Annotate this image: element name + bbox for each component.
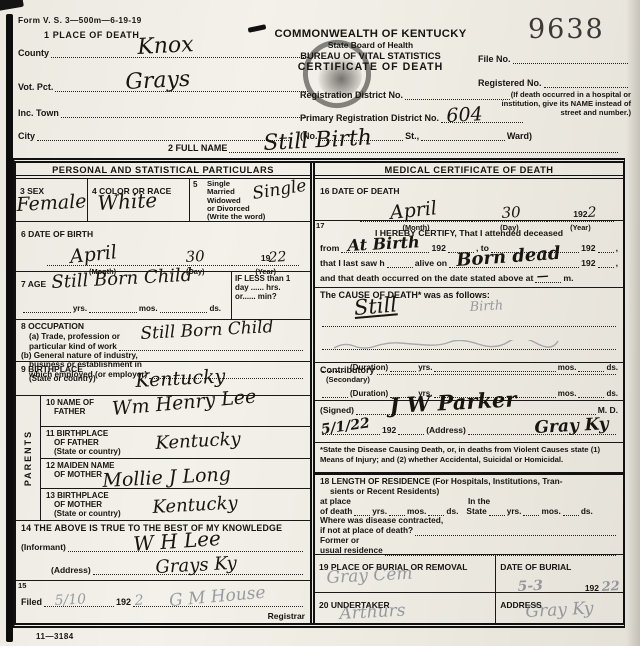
- ds-label: ds.: [581, 507, 593, 517]
- dotted-rule: [513, 54, 628, 64]
- dod-day-handwritten: 30: [501, 205, 521, 221]
- occupation-label: 8 OCCUPATION: [21, 321, 84, 331]
- informant-label: (Informant): [21, 542, 66, 552]
- place-of-death-title: 1 PLACE OF DEATH: [44, 30, 139, 40]
- sex-value-handwritten: Female: [16, 192, 87, 215]
- medical-column: MEDICAL CERTIFICATE OF DEATH 16 DATE OF …: [315, 163, 623, 623]
- year-192: 192: [581, 243, 596, 253]
- if-less-box: IF LESS than 1 day ...... hrs. or...... …: [231, 272, 310, 319]
- cause-footnote: *State the Disease Causing Death, or, in…: [320, 445, 600, 464]
- father-birthplace-handwritten: Kentucky: [155, 430, 241, 452]
- dod-year-prefix: 192: [573, 209, 587, 219]
- signed-date-handwritten: 5/1/22: [320, 416, 371, 437]
- personal-section-title: PERSONAL AND STATISTICAL PARTICULARS: [16, 163, 310, 179]
- county-value-handwritten: Knox: [137, 34, 194, 59]
- physician-address-handwritten: Gray Ky: [534, 416, 609, 437]
- dob-year-line: 19 22: [232, 248, 299, 266]
- street-st-label: St.,: [405, 131, 419, 141]
- ds-label: ds.: [606, 389, 618, 398]
- date-of-birth-label: 6 DATE OF BIRTH: [21, 229, 93, 239]
- occurred-m-label: m.: [563, 273, 573, 283]
- dotted-rule: —: [535, 273, 561, 283]
- secondary-label: (Secondary): [326, 375, 618, 384]
- cause-value-pencil: Birth: [469, 299, 503, 314]
- alive-on-label: alive on: [415, 258, 447, 268]
- scan-artifact-corner-blob: [0, 0, 24, 11]
- state-label: State: [466, 507, 486, 517]
- parents-vertical-cell: PARENTS: [16, 396, 41, 520]
- registrar-signature-pencil: G M House: [169, 585, 267, 610]
- mos-label: mos.: [541, 507, 560, 517]
- dotted-rule: [322, 388, 348, 398]
- mother-name-cell: 12 MAIDEN NAME OF MOTHER Mollie J Long: [41, 459, 310, 490]
- dotted-rule: [578, 388, 604, 398]
- undertaker-row: 20 UNDERTAKER Arthurs ADDRESS Gray Ky: [315, 593, 623, 623]
- birthplace-cell: 9 BIRTHPLACE (State or country) Kentucky: [16, 362, 310, 396]
- age-label: 7 AGE: [21, 279, 46, 289]
- dotted-rule: [421, 131, 505, 141]
- cause-of-death-cell: The CAUSE OF DEATH* was as follows: Stil…: [315, 288, 623, 363]
- last-saw-value-handwritten: Born dead: [456, 245, 561, 270]
- file-no-label: File No.: [478, 54, 511, 64]
- mother-birthplace-handwritten: Kentucky: [152, 495, 238, 517]
- vol-pct-label: Vot. Pct.: [18, 82, 53, 92]
- dotted-rule: [23, 303, 71, 313]
- full-name-value-handwritten: Still Birth: [263, 127, 373, 155]
- masthead-bureau: BUREAU OF VITAL STATISTICS: [253, 50, 488, 61]
- at-place-label: at place: [320, 497, 468, 507]
- dotted-rule: 5/10: [44, 597, 114, 607]
- dotted-rule: [61, 108, 308, 118]
- year-192: 192: [585, 583, 599, 593]
- marital-cell: 5 Single Married Widowed or Divorced (Wr…: [190, 179, 310, 221]
- year-192: 192: [581, 258, 596, 268]
- race-value-handwritten: White: [97, 190, 158, 213]
- dotted-rule: 22: [601, 583, 617, 593]
- full-name-row: 2 FULL NAME Still Birth: [168, 143, 620, 153]
- city-label: City: [18, 131, 35, 141]
- burial-date-label: DATE OF BURIAL: [500, 562, 571, 572]
- dotted-rule: Grays: [55, 82, 308, 92]
- dotted-rule: [523, 506, 539, 516]
- residence-cell: 18 LENGTH OF RESIDENCE (For Hospitals, I…: [315, 475, 623, 555]
- dotted-rule: [37, 131, 291, 141]
- undertaker-cell: 20 UNDERTAKER Arthurs: [315, 593, 496, 623]
- registrar-label: Registrar: [21, 611, 305, 621]
- dotted-rule: [428, 506, 444, 516]
- dob-month-handwritten: April: [69, 243, 118, 267]
- father-birthplace-cell: 11 BIRTHPLACE OF FATHER (State or countr…: [41, 427, 310, 459]
- signed-cell: (Signed) J W Parker M. D. 5/1/22 192 (Ad…: [315, 401, 623, 443]
- death-certificate-document: Form V. S. 3—500m—6-19-19 1 PLACE OF DEA…: [0, 0, 640, 646]
- dotted-rule: [389, 506, 405, 516]
- undertaker-name-pencil: Arthurs: [339, 603, 406, 623]
- burial-year-pencil: 22: [601, 580, 620, 594]
- birthplace-value-handwritten: Kentucky: [135, 367, 226, 391]
- dotted-rule: Still Birth: [229, 143, 618, 153]
- dod-year-line: 192 2: [547, 204, 614, 222]
- main-table: PERSONAL AND STATISTICAL PARTICULARS 3 S…: [13, 158, 625, 628]
- if-less-line3: or...... min?: [235, 293, 307, 302]
- file-no-row: File No.: [478, 54, 630, 64]
- in-the-label: In the: [468, 497, 490, 507]
- certify-from-label: from: [320, 243, 339, 253]
- age-value-handwritten: Still Born Child: [51, 267, 193, 292]
- dotted-rule: 5/1/22: [322, 425, 380, 435]
- certificate-serial: 9638: [528, 14, 605, 45]
- primary-registration-label: Primary Registration District No.: [300, 113, 439, 123]
- physician-signature-handwritten: J W Parker: [388, 388, 516, 416]
- burial-date-cell: DATE OF BURIAL 5-3 192 22: [496, 555, 623, 592]
- full-name-label: 2 FULL NAME: [168, 143, 227, 153]
- dotted-rule: [160, 303, 208, 313]
- filed-label: Filed: [21, 597, 42, 607]
- year-192: 192: [382, 425, 396, 435]
- registered-no-label: Registered No.: [478, 78, 542, 88]
- dotted-rule: [354, 506, 370, 516]
- dod-month-handwritten: April: [389, 199, 438, 223]
- mother-name-handwritten: Mollie J Long: [102, 465, 231, 491]
- scan-artifact-left-margin-bar: [6, 14, 13, 642]
- hospital-note: (If death occurred in a hospital or inst…: [489, 91, 631, 118]
- dob-day-handwritten: 30: [186, 249, 206, 265]
- street-ward-label: Ward): [507, 131, 532, 141]
- dotted-rule: Grays Ky: [93, 565, 303, 575]
- ds-label: ds.: [446, 507, 458, 517]
- dotted-rule: [598, 243, 614, 253]
- form-number: Form V. S. 3—500m—6-19-19: [18, 15, 142, 25]
- dod-day-line: 30: [472, 204, 547, 222]
- primary-registration-value-handwritten: 604: [446, 105, 483, 126]
- age-cell: 7 AGE Still Born Child yrs. mos. ds. IF …: [16, 272, 310, 320]
- dod-year-handwritten: 2: [588, 206, 598, 220]
- footnote-cell: *State the Disease Causing Death, or, in…: [315, 443, 623, 475]
- occupation-b-line1: (b) General nature of industry,: [21, 351, 305, 360]
- dotted-rule: [322, 340, 616, 350]
- burial-row: 19 PLACE OF BURIAL OR REMOVAL Gray Cem D…: [315, 555, 623, 593]
- last-saw-label: that I last saw h: [320, 258, 385, 268]
- father-name-cell: 10 NAME OF FATHER Wm Henry Lee: [41, 396, 310, 427]
- certify-number: 17: [316, 221, 324, 230]
- mos-label: mos.: [558, 389, 577, 398]
- age-ds-label: ds.: [209, 304, 221, 313]
- dotted-rule: W H Lee: [68, 542, 303, 552]
- filed-year-prefix: 192: [116, 597, 131, 607]
- filed-date-pencil: 5/10: [54, 592, 86, 608]
- sex-race-marital-row: 3 SEX Female 4 COLOR OR RACE White 5 Sin…: [16, 179, 310, 222]
- masthead: COMMONWEALTH OF KENTUCKY State Board of …: [253, 28, 488, 73]
- physician-address-label: (Address): [426, 425, 466, 435]
- attended-from-handwritten: At Birth: [348, 234, 421, 254]
- burial-place-cell: 19 PLACE OF BURIAL OR REMOVAL Gray Cem: [315, 555, 496, 592]
- occupation-a-line2: particular kind of work: [29, 342, 117, 351]
- dob-year-handwritten: 22: [268, 250, 287, 265]
- yrs-label: yrs.: [507, 507, 522, 517]
- date-of-birth-cell: 6 DATE OF BIRTH April 30 19 22 (Month): [16, 222, 310, 272]
- filed-year-pencil: 2: [134, 594, 144, 608]
- dotted-rule: [489, 506, 505, 516]
- dob-day-line: 30: [158, 248, 232, 266]
- comma: ,: [616, 243, 618, 253]
- medical-section-title: MEDICAL CERTIFICATE OF DEATH: [315, 163, 623, 179]
- occupation-cell: 8 OCCUPATION (a) Trade, profession or pa…: [16, 320, 310, 362]
- dod-month-line: April: [360, 204, 472, 222]
- masthead-board: State Board of Health: [253, 40, 488, 50]
- certify-cell: 17 I HEREBY CERTIFY, That I attended dec…: [315, 221, 623, 288]
- cause-value-handwritten: Still: [353, 294, 398, 319]
- contributory-label: Contributory: [320, 365, 375, 375]
- pencil-scribble-mark: [332, 340, 562, 352]
- dotted-rule: [377, 365, 617, 375]
- dotted-rule: Gray Ky: [468, 425, 616, 435]
- year-192: 192: [431, 243, 446, 253]
- undertaker-address-pencil: Gray Ky: [525, 600, 594, 621]
- dotted-rule: At Birth: [341, 243, 429, 253]
- dob-month-line: April: [47, 248, 158, 266]
- dotted-rule: [387, 258, 413, 268]
- informant-cell: 14 THE ABOVE IS TRUE TO THE BEST OF MY K…: [16, 521, 310, 581]
- informant-address-label: (Address): [51, 565, 91, 575]
- city-row: City: [18, 131, 293, 141]
- occurred-label: and that death occurred on the date stat…: [320, 273, 533, 283]
- inc-town-label: Inc. Town: [18, 108, 59, 118]
- parents-block: PARENTS 10 NAME OF FATHER Wm Henry Lee 1…: [16, 396, 310, 521]
- dotted-rule: Born dead: [449, 258, 579, 268]
- vol-pct-row: Vot. Pct. Grays: [18, 82, 310, 92]
- dotted-rule: 2 G M House: [133, 597, 303, 607]
- dotted-rule: [598, 258, 614, 268]
- dotted-rule: 5-3: [502, 583, 583, 593]
- masthead-commonwealth: COMMONWEALTH OF KENTUCKY: [253, 28, 488, 40]
- burial-place-pencil: Gray Cem: [326, 566, 413, 587]
- comma: ,: [616, 258, 618, 268]
- informant-address-handwritten: Grays Ky: [155, 555, 237, 577]
- inc-town-row: Inc. Town: [18, 108, 310, 118]
- age-mos-label: mos.: [139, 304, 158, 313]
- sex-cell: 3 SEX Female: [16, 179, 88, 221]
- date-of-death-cell: 16 DATE OF DEATH April 30 192 2 (Month): [315, 179, 623, 221]
- dotted-rule: [89, 303, 137, 313]
- dotted-rule: [398, 425, 424, 435]
- date-of-death-label: 16 DATE OF DEATH: [320, 186, 400, 196]
- registered-no-row: Registered No.: [478, 78, 630, 88]
- undertaker-address-cell: ADDRESS Gray Ky: [496, 593, 623, 623]
- dotted-rule: [415, 526, 616, 536]
- filed-number: 15: [18, 581, 26, 590]
- personal-column: PERSONAL AND STATISTICAL PARTICULARS 3 S…: [16, 163, 315, 623]
- dotted-rule: [544, 78, 628, 88]
- dotted-rule: [563, 506, 579, 516]
- vol-pct-value-handwritten: Grays: [125, 69, 191, 94]
- dotted-rule: J W Parker: [356, 405, 596, 415]
- age-yrs-label: yrs.: [73, 304, 87, 313]
- county-label: County: [18, 48, 49, 58]
- mother-birthplace-cell: 13 BIRTHPLACE OF MOTHER (State or countr…: [41, 489, 310, 520]
- filed-cell: 15 Filed 5/10 192 2 G M House Registrar: [16, 581, 310, 623]
- duration-label: (Duration): [350, 389, 388, 398]
- marital-hint: (Write the word): [207, 213, 306, 221]
- race-cell: 4 COLOR OR RACE White: [88, 179, 190, 221]
- burial-date-pencil: 5-3: [518, 579, 544, 594]
- parents-vertical-label: PARENTS: [23, 430, 33, 486]
- signed-label: (Signed): [320, 405, 354, 415]
- plate-code: 11—3184: [36, 632, 74, 641]
- marital-number: 5: [193, 180, 197, 189]
- informant-signature-handwritten: W H Lee: [132, 528, 221, 554]
